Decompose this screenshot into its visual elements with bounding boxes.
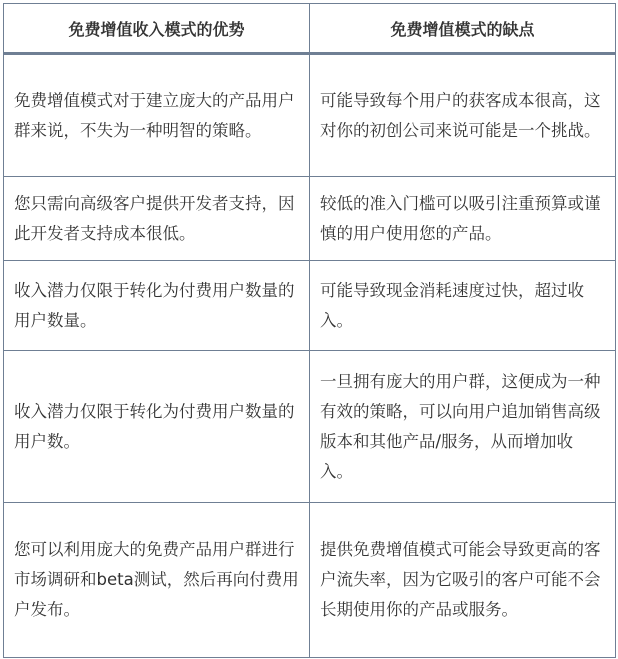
disadvantage-cell: 一旦拥有庞大的用户群，这便成为一种有效的策略，可以向用户追加销售高级版本和其他产…	[310, 351, 616, 503]
table-body: 免费增值模式对于建立庞大的产品用户群来说，不失为一种明智的策略。 可能导致每个用…	[4, 54, 616, 658]
table-row: 收入潜力仅限于转化为付费用户数量的用户数。 一旦拥有庞大的用户群，这便成为一种有…	[4, 351, 616, 503]
disadvantage-cell: 可能导致每个用户的获客成本很高，这对你的初创公司来说可能是一个挑战。	[310, 54, 616, 177]
advantage-cell: 您可以利用庞大的免费产品用户群进行市场调研和beta测试，然后再向付费用户发布。	[4, 503, 310, 658]
table-row: 免费增值模式对于建立庞大的产品用户群来说，不失为一种明智的策略。 可能导致每个用…	[4, 54, 616, 177]
header-advantages: 免费增值收入模式的优势	[4, 4, 310, 54]
advantage-cell: 您只需向高级客户提供开发者支持，因此开发者支持成本很低。	[4, 177, 310, 261]
header-disadvantages: 免费增值模式的缺点	[310, 4, 616, 54]
table-row: 您可以利用庞大的免费产品用户群进行市场调研和beta测试，然后再向付费用户发布。…	[4, 503, 616, 658]
disadvantage-cell: 较低的准入门槛可以吸引注重预算或谨慎的用户使用您的产品。	[310, 177, 616, 261]
table-header: 免费增值收入模式的优势 免费增值模式的缺点	[4, 4, 616, 54]
table-row: 您只需向高级客户提供开发者支持，因此开发者支持成本很低。 较低的准入门槛可以吸引…	[4, 177, 616, 261]
table-row: 收入潜力仅限于转化为付费用户数量的用户数量。 可能导致现金消耗速度过快，超过收入…	[4, 261, 616, 351]
disadvantage-cell: 可能导致现金消耗速度过快，超过收入。	[310, 261, 616, 351]
advantage-cell: 收入潜力仅限于转化为付费用户数量的用户数。	[4, 351, 310, 503]
freemium-comparison-table: 免费增值收入模式的优势 免费增值模式的缺点 免费增值模式对于建立庞大的产品用户群…	[3, 3, 616, 658]
advantage-cell: 收入潜力仅限于转化为付费用户数量的用户数量。	[4, 261, 310, 351]
header-row: 免费增值收入模式的优势 免费增值模式的缺点	[4, 4, 616, 54]
disadvantage-cell: 提供免费增值模式可能会导致更高的客户流失率，因为它吸引的客户可能不会长期使用你的…	[310, 503, 616, 658]
advantage-cell: 免费增值模式对于建立庞大的产品用户群来说，不失为一种明智的策略。	[4, 54, 310, 177]
